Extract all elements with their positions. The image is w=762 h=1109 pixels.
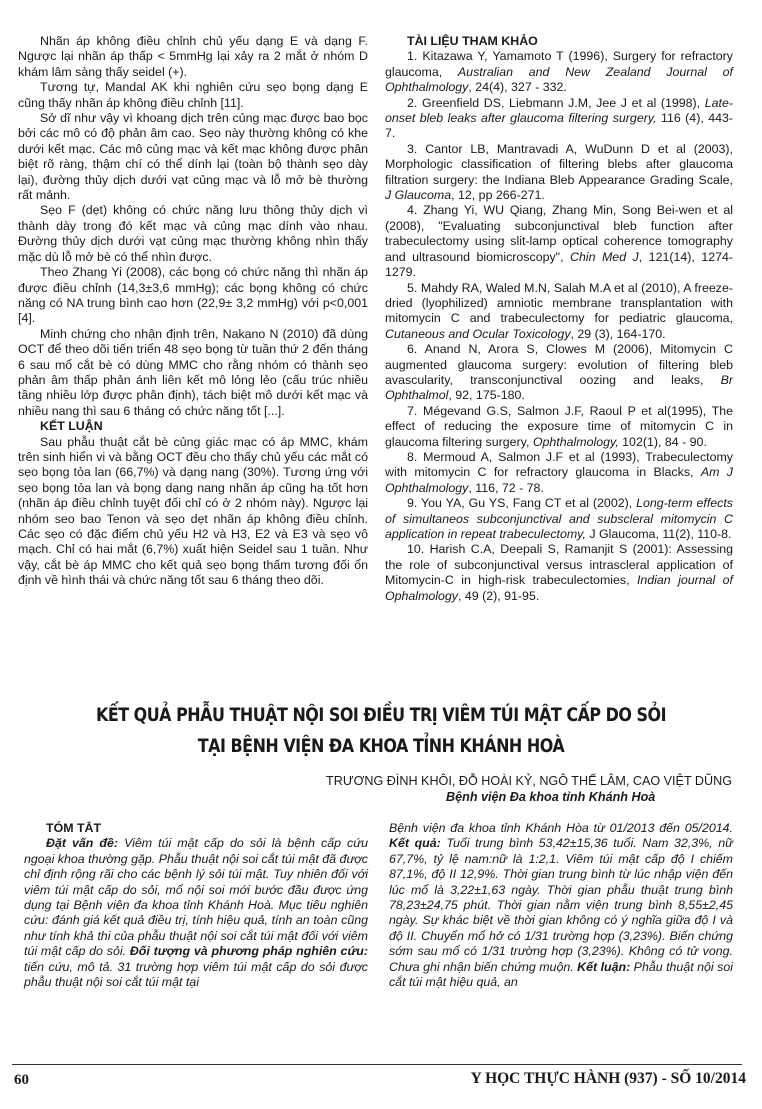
abstract-conclusion-label: Kết luận: <box>577 960 630 974</box>
body-paragraph: Nhãn áp không điều chỉnh chủ yếu dạng E … <box>18 34 368 80</box>
page-number: 60 <box>14 1072 29 1089</box>
previous-article-body-column: Nhãn áp không điều chỉnh chủ yếu dạng E … <box>18 34 368 589</box>
reference-item: 1. Kitazawa Y, Yamamoto T (1996), Surger… <box>385 49 733 95</box>
author-block: TRƯƠNG ĐÌNH KHÔI, ĐỖ HOÀI KỶ, NGÔ THẾ LÂ… <box>326 773 732 805</box>
abstract-paragraph: Đặt vấn đề: Viêm túi mật cấp do sỏi là b… <box>24 836 368 990</box>
body-paragraph: Minh chứng cho nhận định trên, Nakano N … <box>18 327 368 419</box>
abstract-paragraph-continued: Bệnh viện đa khoa tỉnh Khánh Hòa từ 01/2… <box>389 821 733 990</box>
abstract-left-column: TÓM TẮT Đặt vấn đề: Viêm túi mật cấp do … <box>24 821 368 990</box>
article-title-line-2: TẠI BỆNH VIỆN ĐA KHOA TỈNH KHÁNH HOÀ <box>61 731 701 762</box>
body-paragraph: Theo Zhang Yi (2008), các bọng có chức n… <box>18 265 368 327</box>
article-title: KẾT QUẢ PHẪU THUẬT NỘI SOI ĐIỀU TRỊ VIÊM… <box>61 700 701 762</box>
references-column: TÀI LIỆU THAM KHẢO 1. Kitazawa Y, Yamamo… <box>385 34 733 604</box>
author-affiliation: Bệnh viện Đa khoa tỉnh Khánh Hoà <box>326 789 732 805</box>
reference-list: 1. Kitazawa Y, Yamamoto T (1996), Surger… <box>385 49 733 604</box>
reference-item: 4. Zhang Yi, WU Qiang, Zhang Min, Song B… <box>385 203 733 280</box>
conclusion-heading: KẾT LUẬN <box>18 419 368 434</box>
reference-item: 5. Mahdy RA, Waled M.N, Salah M.A et al … <box>385 281 733 343</box>
reference-item: 9. You YA, Gu YS, Fang CT et al (2002), … <box>385 496 733 542</box>
reference-item: 10. Harish C.A, Deepali S, Ramanjit S (2… <box>385 542 733 604</box>
abstract-methods-label: Đối tượng và phương pháp nghiên cứu: <box>130 944 368 958</box>
body-paragraph: Sở dĩ như vậy vì khoang dịch trên củng m… <box>18 111 368 203</box>
body-paragraph: Tương tự, Mandal AK khi nghiên cứu sẹo b… <box>18 80 368 111</box>
footer-divider <box>12 1064 742 1065</box>
article-title-line-1: KẾT QUẢ PHẪU THUẬT NỘI SOI ĐIỀU TRỊ VIÊM… <box>61 700 701 731</box>
conclusion-paragraph: Sau phẫu thuật cắt bè củng giác mạc có á… <box>18 435 368 589</box>
reference-item: 3. Cantor LB, Mantravadi A, WuDunn D et … <box>385 142 733 204</box>
abstract-background-label: Đặt vấn đề: <box>46 836 118 850</box>
abstract-results-label: Kết quả: <box>389 836 441 850</box>
reference-item: 2. Greenfield DS, Liebmann J.M, Jee J et… <box>385 96 733 142</box>
abstract-heading: TÓM TẮT <box>24 821 368 836</box>
references-heading: TÀI LIỆU THAM KHẢO <box>385 34 733 49</box>
reference-item: 6. Anand N, Arora S, Clowes M (2006), Mi… <box>385 342 733 404</box>
abstract-right-column: Bệnh viện đa khoa tỉnh Khánh Hòa từ 01/2… <box>389 821 733 990</box>
body-paragraph: Sẹo F (dẹt) không có chức năng lưu thông… <box>18 203 368 265</box>
reference-item: 8. Mermoud A, Salmon J.F et al (1993), T… <box>385 450 733 496</box>
journal-footer: Y HỌC THỰC HÀNH (937) - SỐ 10/2014 <box>471 1070 746 1088</box>
author-names: TRƯƠNG ĐÌNH KHÔI, ĐỖ HOÀI KỶ, NGÔ THẾ LÂ… <box>326 773 732 789</box>
reference-item: 7. Mégevand G.S, Salmon J.F, Raoul P et … <box>385 404 733 450</box>
